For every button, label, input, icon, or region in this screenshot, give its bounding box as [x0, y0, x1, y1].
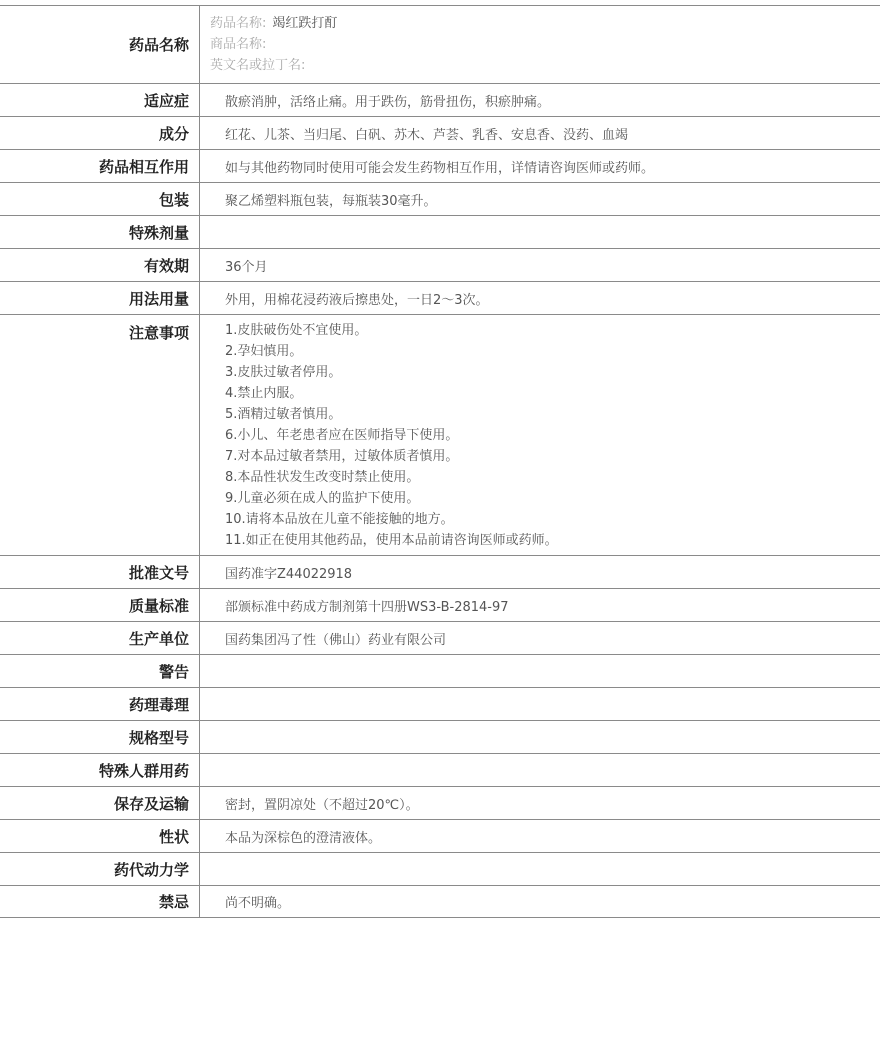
row-label: 特殊剂量: [0, 216, 200, 248]
row-value: 36个月: [200, 249, 880, 281]
row-interactions: 药品相互作用如与其他药物同时使用可能会发生药物相互作用，详情请咨询医师或药师。: [0, 149, 880, 182]
row-label: 批准文号: [0, 556, 200, 588]
row-label: 药理毒理: [0, 688, 200, 720]
row-storage: 保存及运输密封，置阴凉处（不超过20℃）。: [0, 786, 880, 819]
row-value: [200, 754, 880, 786]
row-packaging: 包装聚乙烯塑料瓶包装，每瓶装30毫升。: [0, 182, 880, 215]
precaution-item: 9.儿童必须在成人的监护下使用。: [225, 488, 419, 509]
precaution-item: 3.皮肤过敏者停用。: [225, 362, 341, 383]
row-contraindications: 禁忌尚不明确。: [0, 885, 880, 918]
row-special-dosage: 特殊剂量: [0, 215, 880, 248]
row-label: 成分: [0, 117, 200, 149]
row-value: 本品为深棕色的澄清液体。: [200, 820, 880, 852]
row-label: 药品名称: [0, 6, 200, 83]
row-label: 特殊人群用药: [0, 754, 200, 786]
row-value: [200, 688, 880, 720]
trade-name-line: 商品名称:: [210, 34, 272, 55]
row-label: 生产单位: [0, 622, 200, 654]
row-approval-number: 批准文号国药准字Z44022918: [0, 555, 880, 588]
row-label: 用法用量: [0, 282, 200, 314]
row-drug-name: 药品名称 药品名称:竭红跌打酊 商品名称: 英文名或拉丁名:: [0, 5, 880, 83]
row-value: 如与其他药物同时使用可能会发生药物相互作用，详情请咨询医师或药师。: [200, 150, 880, 182]
row-value: 药品名称:竭红跌打酊 商品名称: 英文名或拉丁名:: [200, 6, 880, 83]
row-value: [200, 853, 880, 885]
row-value: 聚乙烯塑料瓶包装，每瓶装30毫升。: [200, 183, 880, 215]
generic-name-value: 竭红跌打酊: [272, 16, 337, 31]
row-value: [200, 721, 880, 753]
row-label: 规格型号: [0, 721, 200, 753]
latin-name-key: 英文名或拉丁名:: [210, 58, 305, 73]
row-precautions: 注意事项 1.皮肤破伤处不宜使用。 2.孕妇慎用。 3.皮肤过敏者停用。 4.禁…: [0, 314, 880, 555]
row-pharmacokinetics: 药代动力学: [0, 852, 880, 885]
row-value: [200, 655, 880, 687]
row-label: 警告: [0, 655, 200, 687]
row-usage: 用法用量外用，用棉花浸药液后擦患处，一日2～3次。: [0, 281, 880, 314]
row-value: 国药集团冯了性（佛山）药业有限公司: [200, 622, 880, 654]
latin-name-line: 英文名或拉丁名:: [210, 55, 311, 76]
precautions-list: 1.皮肤破伤处不宜使用。 2.孕妇慎用。 3.皮肤过敏者停用。 4.禁止内服。 …: [200, 315, 880, 555]
row-label: 注意事项: [0, 315, 200, 555]
precaution-item: 6.小儿、年老患者应在医师指导下使用。: [225, 425, 458, 446]
precaution-item: 10.请将本品放在儿童不能接触的地方。: [225, 509, 454, 530]
trade-name-key: 商品名称:: [210, 37, 266, 52]
row-special-populations: 特殊人群用药: [0, 753, 880, 786]
row-label: 包装: [0, 183, 200, 215]
row-manufacturer: 生产单位国药集团冯了性（佛山）药业有限公司: [0, 621, 880, 654]
row-pharmacology: 药理毒理: [0, 687, 880, 720]
row-label: 适应症: [0, 84, 200, 116]
row-value: 散瘀消肿，活络止痛。用于跌伤，筋骨扭伤，积瘀肿痛。: [200, 84, 880, 116]
precaution-item: 7.对本品过敏者禁用，过敏体质者慎用。: [225, 446, 458, 467]
precaution-item: 8.本品性状发生改变时禁止使用。: [225, 467, 419, 488]
row-indications: 适应症散瘀消肿，活络止痛。用于跌伤，筋骨扭伤，积瘀肿痛。: [0, 83, 880, 116]
precaution-item: 2.孕妇慎用。: [225, 341, 302, 362]
row-label: 质量标准: [0, 589, 200, 621]
row-value: 国药准字Z44022918: [200, 556, 880, 588]
row-value: 外用，用棉花浸药液后擦患处，一日2～3次。: [200, 282, 880, 314]
row-label: 保存及运输: [0, 787, 200, 819]
precaution-item: 5.酒精过敏者慎用。: [225, 404, 341, 425]
row-label: 性状: [0, 820, 200, 852]
precaution-item: 1.皮肤破伤处不宜使用。: [225, 320, 367, 341]
row-appearance: 性状本品为深棕色的澄清液体。: [0, 819, 880, 852]
row-warning: 警告: [0, 654, 880, 687]
row-value: 红花、儿茶、当归尾、白矾、苏木、芦荟、乳香、安息香、没药、血竭: [200, 117, 880, 149]
row-specification: 规格型号: [0, 720, 880, 753]
precaution-item: 4.禁止内服。: [225, 383, 302, 404]
row-value: 尚不明确。: [200, 886, 880, 917]
row-label: 药代动力学: [0, 853, 200, 885]
row-ingredients: 成分红花、儿茶、当归尾、白矾、苏木、芦荟、乳香、安息香、没药、血竭: [0, 116, 880, 149]
precaution-item: 11.如正在使用其他药品，使用本品前请咨询医师或药师。: [225, 530, 558, 551]
row-shelf-life: 有效期36个月: [0, 248, 880, 281]
row-value: [200, 216, 880, 248]
generic-name-key: 药品名称:: [210, 16, 266, 31]
row-quality-standard: 质量标准部颁标准中药成方制剂第十四册WS3-B-2814-97: [0, 588, 880, 621]
row-value: 密封，置阴凉处（不超过20℃）。: [200, 787, 880, 819]
row-label: 药品相互作用: [0, 150, 200, 182]
row-label: 禁忌: [0, 886, 200, 917]
drug-info-table: 药品名称 药品名称:竭红跌打酊 商品名称: 英文名或拉丁名: 适应症散瘀消肿，活…: [0, 5, 880, 918]
row-label: 有效期: [0, 249, 200, 281]
row-value: 部颁标准中药成方制剂第十四册WS3-B-2814-97: [200, 589, 880, 621]
generic-name-line: 药品名称:竭红跌打酊: [210, 13, 337, 34]
